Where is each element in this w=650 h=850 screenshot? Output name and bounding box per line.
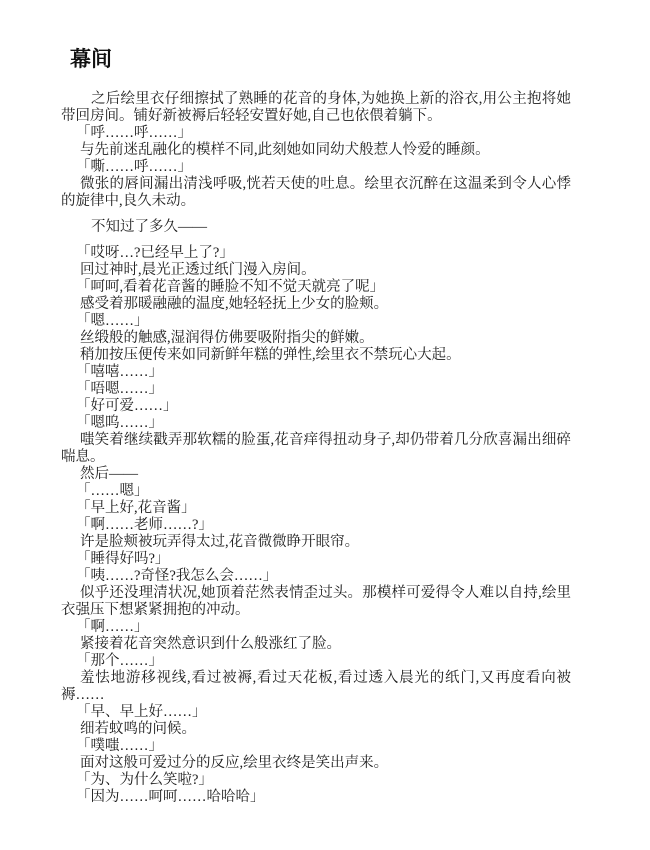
dialogue-line: 「睡得好吗?」 (61, 551, 571, 568)
dialogue-line: 「嗯……」 (61, 313, 571, 330)
dialogue-line: 「唔嗯……」 (61, 381, 571, 398)
narration-paragraph: 紧接着花音突然意识到什么般涨红了脸。 (61, 636, 571, 653)
narration-paragraph: 嗤笑着继续戳弄那软糯的脸蛋,花音痒得扭动身子,却仍带着几分欣喜漏出细碎喘息。 (61, 432, 571, 466)
dialogue-line: 「……嗯」 (61, 483, 571, 500)
dialogue-line: 「那个……」 (61, 653, 571, 670)
narration-paragraph: 不知过了多久—— (61, 219, 571, 236)
chapter-title: 幕间 (70, 46, 650, 73)
narration-paragraph: 许是脸颊被玩弄得太过,花音微微睁开眼帘。 (61, 534, 571, 551)
dialogue-line: 「嘻嘻……」 (61, 364, 571, 381)
narration-paragraph: 稍加按压便传来如同新鲜年糕的弹性,绘里衣不禁玩心大起。 (61, 347, 571, 364)
narration-paragraph: 似乎还没理清状况,她顶着茫然表情歪过头。那模样可爱得令人难以自持,绘里衣强压下想… (61, 585, 571, 619)
dialogue-line: 「嘶……呼……」 (61, 159, 571, 176)
dialogue-line: 「呵呵,看着花音酱的睡脸不知不觉天就亮了呢」 (61, 279, 571, 296)
dialogue-line: 「啊……」 (61, 619, 571, 636)
dialogue-line: 「早、早上好……」 (61, 704, 571, 721)
novel-page: 幕间 之后绘里衣仔细擦拭了熟睡的花音的身体,为她换上新的浴衣,用公主抱将她带回房… (0, 0, 650, 850)
narration-paragraph: 回过神时,晨光正透过纸门漫入房间。 (61, 262, 571, 279)
dialogue-line: 「啊……老师……?」 (61, 517, 571, 534)
dialogue-line: 「嗯呜……」 (61, 415, 571, 432)
dialogue-line: 「早上好,花音酱」 (61, 500, 571, 517)
chapter-body: 之后绘里衣仔细擦拭了熟睡的花音的身体,为她换上新的浴衣,用公主抱将她带回房间。铺… (61, 91, 571, 806)
paragraph-spacer (61, 236, 571, 245)
narration-paragraph: 羞怯地游移视线,看过被褥,看过天花板,看过透入晨光的纸门,又再度看向被褥…… (61, 670, 571, 704)
dialogue-line: 「呼……呼……」 (61, 125, 571, 142)
narration-paragraph: 细若蚊鸣的问候。 (61, 721, 571, 738)
narration-paragraph: 丝缎般的触感,湿润得仿佛要吸附指尖的鲜嫩。 (61, 330, 571, 347)
narration-paragraph: 之后绘里衣仔细擦拭了熟睡的花音的身体,为她换上新的浴衣,用公主抱将她带回房间。铺… (61, 91, 571, 125)
narration-paragraph: 然后—— (61, 466, 571, 483)
dialogue-line: 「哎呀…?已经早上了?」 (61, 245, 571, 262)
narration-paragraph: 面对这般可爱过分的反应,绘里衣终是笑出声来。 (61, 755, 571, 772)
narration-paragraph: 感受着那暖融融的温度,她轻轻抚上少女的脸颊。 (61, 296, 571, 313)
dialogue-line: 「噗嗤……」 (61, 738, 571, 755)
dialogue-line: 「因为……呵呵……哈哈哈」 (61, 789, 571, 806)
dialogue-line: 「好可爱……」 (61, 398, 571, 415)
narration-paragraph: 微张的唇间漏出清浅呼吸,恍若天使的吐息。绘里衣沉醉在这温柔到令人心悸的旋律中,良… (61, 176, 571, 210)
paragraph-spacer (61, 210, 571, 219)
dialogue-line: 「咦……?奇怪?我怎么会……」 (61, 568, 571, 585)
dialogue-line: 「为、为什么笑啦?」 (61, 772, 571, 789)
narration-paragraph: 与先前迷乱融化的模样不同,此刻她如同幼犬般惹人怜爱的睡颜。 (61, 142, 571, 159)
